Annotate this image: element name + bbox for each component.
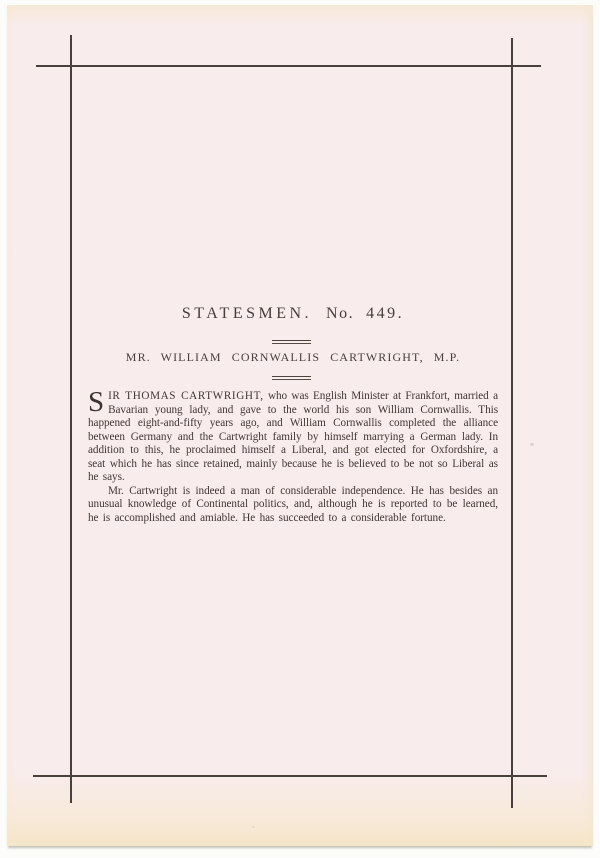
body-text: SIR THOMAS CARTWRIGHT, who was English M…: [88, 390, 498, 525]
series-title: STATESMEN.: [182, 305, 312, 322]
frame-rule-bottom: [33, 775, 547, 777]
issue-label: No.: [326, 305, 354, 322]
drop-cap: S: [88, 390, 108, 414]
frame-rule-left: [70, 35, 72, 803]
paragraph-character: Mr. Cartwright is indeed a man of consid…: [88, 485, 498, 526]
foxing-speck: [530, 443, 534, 446]
lead-caps-text: IR THOMAS CARTWRIGHT,: [108, 390, 264, 402]
foxing-speck: [252, 826, 255, 828]
frame-rule-right: [511, 38, 513, 808]
frame-rule-top: [36, 65, 541, 67]
series-title-row: STATESMEN.No.449.: [88, 304, 498, 324]
subject-heading: MR. WILLIAM CORNWALLIS CARTWRIGHT, M.P.: [88, 350, 498, 365]
paragraph-text: who was English Minister at Frankfort, m…: [88, 390, 498, 483]
divider-rule-lower: [272, 376, 311, 380]
issue-number: 449.: [366, 305, 404, 322]
paragraph-biography: SIR THOMAS CARTWRIGHT, who was English M…: [88, 390, 498, 485]
scanned-print-page: STATESMEN.No.449. MR. WILLIAM CORNWALLIS…: [0, 0, 600, 858]
divider-rule-upper: [272, 340, 311, 344]
